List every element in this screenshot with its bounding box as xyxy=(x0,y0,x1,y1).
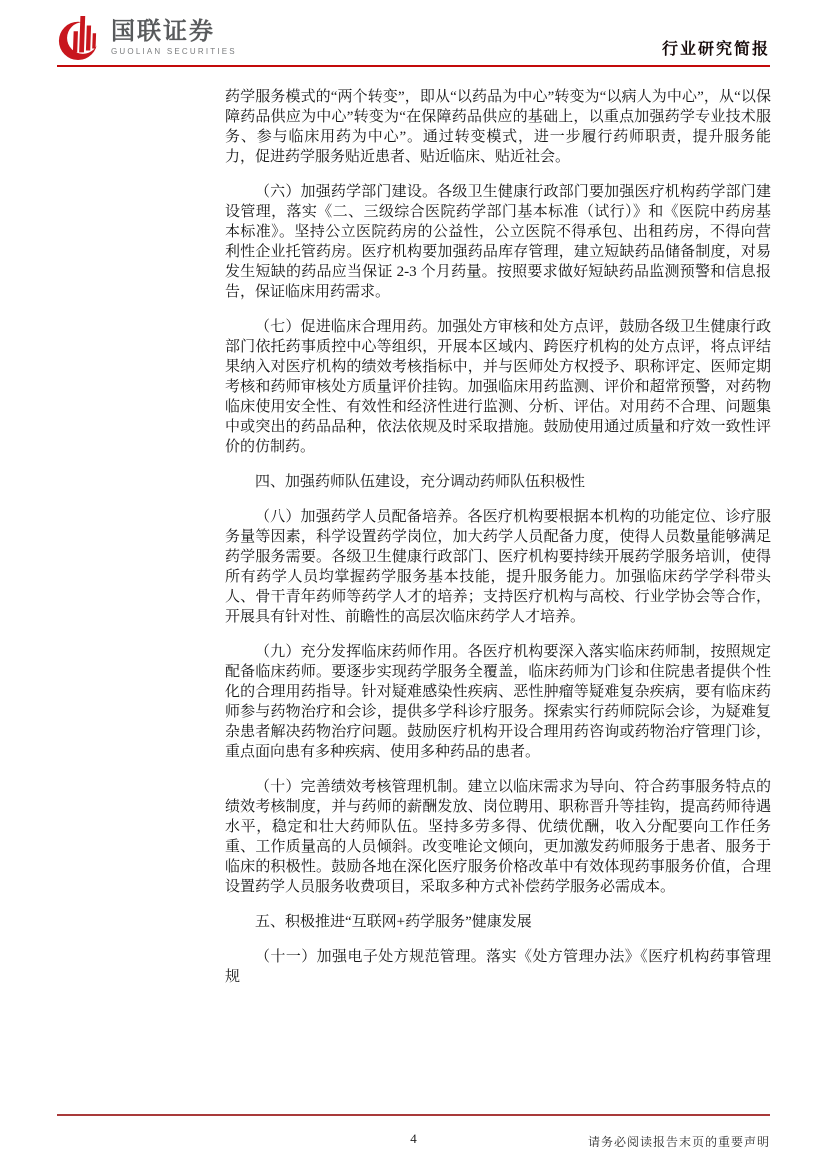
report-type-label: 行业研究简报 xyxy=(662,36,770,59)
section-heading: 五、积极推进“互联网+药学服务”健康发展 xyxy=(225,912,771,932)
section-heading: 四、加强药师队伍建设，充分调动药师队伍积极性 xyxy=(225,472,771,492)
company-logo: 国联证券 GUOLIAN SECURITIES xyxy=(57,14,237,62)
header-rule xyxy=(57,65,770,67)
guolian-logo-icon xyxy=(57,14,103,62)
logo-company-name: 国联证券 xyxy=(111,20,237,44)
body-paragraph: （八）加强药学人员配备培养。各医疗机构要根据本机构的功能定位、诊疗服务量等因素，… xyxy=(225,507,771,627)
body-paragraph: 药学服务模式的“两个转变”，即从“以药品为中心”转变为“以病人为中心”，从“以保… xyxy=(225,87,771,167)
disclaimer-text: 请务必阅读报告末页的重要声明 xyxy=(588,1133,770,1150)
body-paragraph: （十一）加强电子处方规范管理。落实《处方管理办法》《医疗机构药事管理规 xyxy=(225,947,771,987)
logo-text: 国联证券 GUOLIAN SECURITIES xyxy=(111,20,237,56)
logo-company-name-en: GUOLIAN SECURITIES xyxy=(111,48,237,56)
footer-rule xyxy=(57,1114,770,1116)
body-paragraph: （九）充分发挥临床药师作用。各医疗机构要深入落实临床药师制，按照规定配备临床药师… xyxy=(225,642,771,762)
document-body: 药学服务模式的“两个转变”，即从“以药品为中心”转变为“以病人为中心”，从“以保… xyxy=(225,87,771,987)
body-paragraph: （七）促进临床合理用药。加强处方审核和处方点评，鼓励各级卫生健康行政部门依托药事… xyxy=(225,317,771,457)
report-page: 国联证券 GUOLIAN SECURITIES 行业研究简报 药学服务模式的“两… xyxy=(0,0,827,1169)
body-paragraph: （六）加强药学部门建设。各级卫生健康行政部门要加强医疗机构药学部门建设管理，落实… xyxy=(225,182,771,302)
body-paragraph: （十）完善绩效考核管理机制。建立以临床需求为导向、符合药事服务特点的绩效考核制度… xyxy=(225,777,771,897)
